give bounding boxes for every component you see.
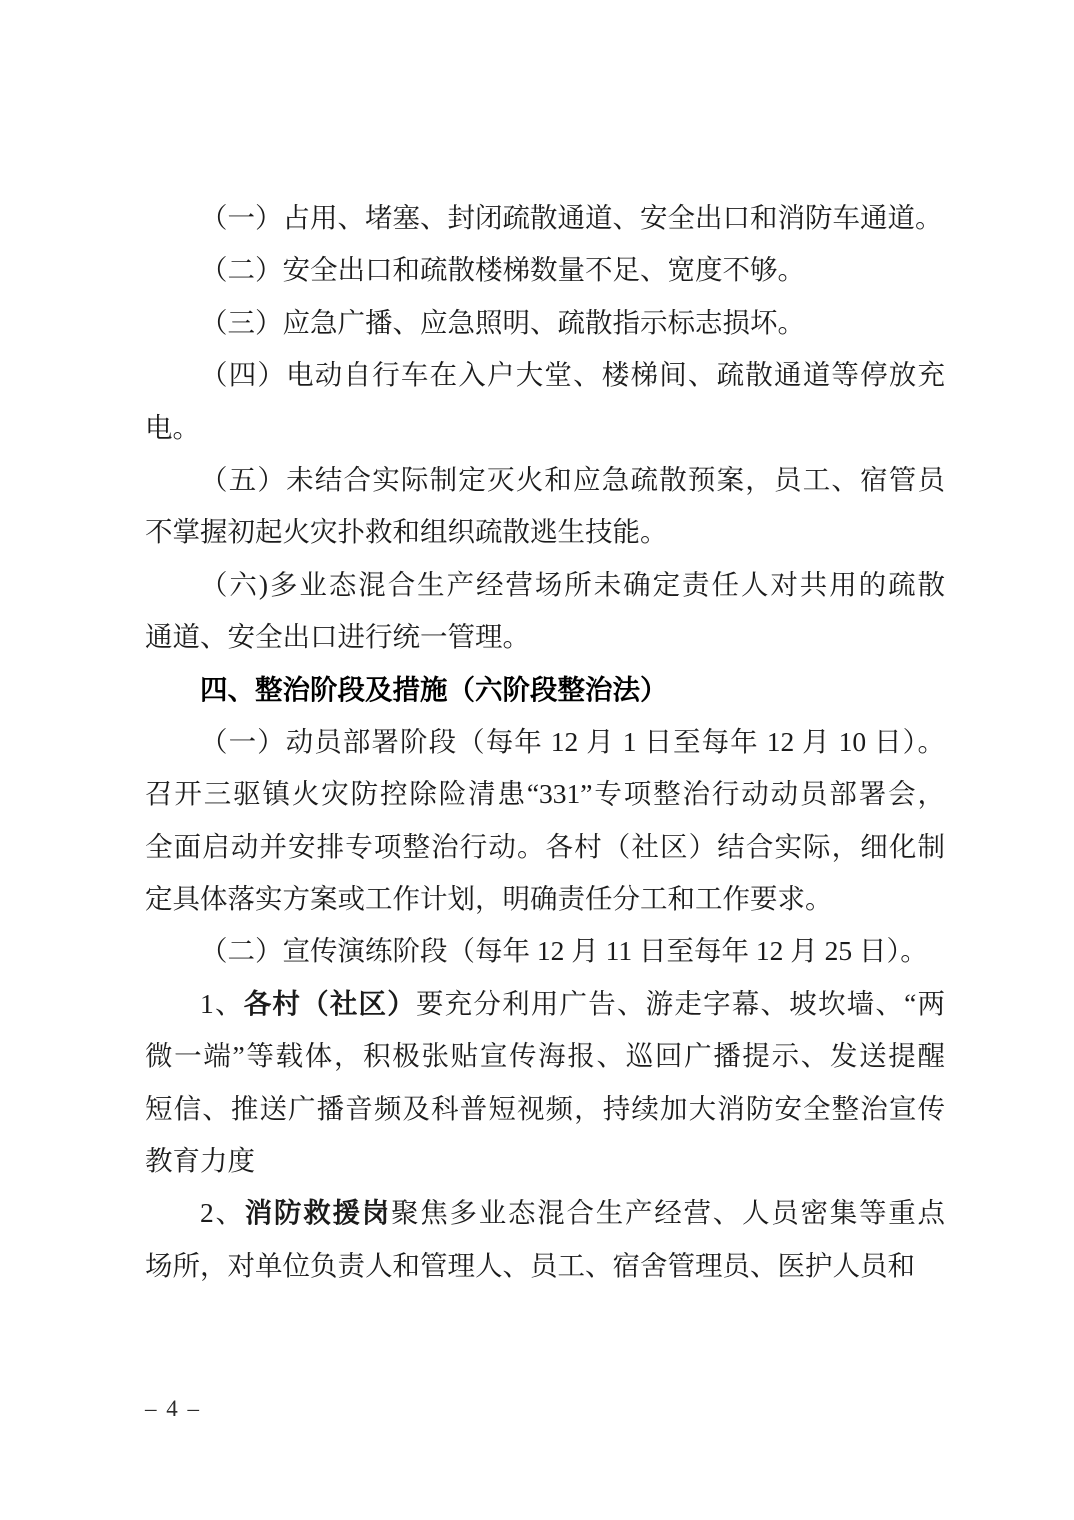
doc-line-19: 教育力度 xyxy=(145,1135,945,1187)
sub-item-2-continuation: 场所，对单位负责人和管理人、员工、宿舍管理员、医护人员和 xyxy=(145,1250,915,1281)
list-item-2-text: （二）安全出口和疏散楼梯数量不足、宽度不够。 xyxy=(200,254,805,285)
doc-line-06: （五）未结合实际制定灭火和应急疏散预案，员工、宿管员 xyxy=(145,454,945,506)
sub-item-1-continuation: 教育力度 xyxy=(145,1145,255,1176)
doc-line-12: 召开三驱镇火灾防控除险清患“331”专项整治行动动员部署会， xyxy=(145,768,945,820)
phase-1-body: 定具体落实方案或工作计划，明确责任分工和工作要求。 xyxy=(145,883,833,914)
doc-line-18: 短信、推送广播音频及科普短视频，持续加大消防安全整治宣传 xyxy=(145,1083,945,1135)
section-heading-text: 四、整治阶段及措施（六阶段整治法） xyxy=(200,674,668,705)
doc-line-17: 微一端”等载体，积极张贴宣传海报、巡回广播提示、发送提醒 xyxy=(145,1030,945,1082)
list-item-6-text: （六)多业态混合生产经营场所未确定责任人对共用的疏散 xyxy=(200,569,945,600)
doc-line-11: （一）动员部署阶段（每年 12 月 1 日至每年 12 月 10 日）。 xyxy=(145,716,945,768)
doc-line-21: 场所，对单位负责人和管理人、员工、宿舍管理员、医护人员和 xyxy=(145,1240,945,1292)
page-number: – 4 – xyxy=(145,1396,201,1422)
list-item-5-text: （五）未结合实际制定灭火和应急疏散预案，员工、宿管员 xyxy=(200,464,945,495)
doc-line-16: 1、各村（社区）要充分利用广告、游走字幕、坡坎墙、“两 xyxy=(145,978,945,1030)
sub-item-2-text: 聚焦多业态混合生产经营、人员密集等重点 xyxy=(391,1197,945,1228)
list-item-3-text: （三）应急广播、应急照明、疏散指示标志损坏。 xyxy=(200,307,805,338)
list-item-4-continuation: 电。 xyxy=(145,412,200,443)
doc-line-20: 2、消防救援岗聚焦多业态混合生产经营、人员密集等重点 xyxy=(145,1187,945,1239)
sub-item-1-continuation: 微一端”等载体，积极张贴宣传海报、巡回广播提示、发送提醒 xyxy=(145,1040,945,1071)
sub-item-1-text: 要充分利用广告、游走字幕、坡坎墙、“两 xyxy=(416,988,945,1019)
doc-line-14: 定具体落实方案或工作计划，明确责任分工和工作要求。 xyxy=(145,873,945,925)
doc-line-15: （二）宣传演练阶段（每年 12 月 11 日至每年 12 月 25 日）。 xyxy=(145,925,945,977)
list-item-6-continuation: 通道、安全出口进行统一管理。 xyxy=(145,621,530,652)
doc-line-09: 通道、安全出口进行统一管理。 xyxy=(145,611,945,663)
emphasis-fire-rescue-post: 消防救援岗 xyxy=(245,1197,391,1228)
phase-2-title: （二）宣传演练阶段（每年 12 月 11 日至每年 12 月 25 日）。 xyxy=(200,935,928,966)
doc-line-04: （四）电动自行车在入户大堂、楼梯间、疏散通道等停放充 xyxy=(145,349,945,401)
sub-item-1-continuation: 短信、推送广播音频及科普短视频，持续加大消防安全整治宣传 xyxy=(145,1093,945,1124)
doc-line-03: （三）应急广播、应急照明、疏散指示标志损坏。 xyxy=(145,297,945,349)
doc-line-01: （一）占用、堵塞、封闭疏散通道、安全出口和消防车通道。 xyxy=(145,192,945,244)
list-item-1-text: （一）占用、堵塞、封闭疏散通道、安全出口和消防车通道。 xyxy=(200,202,943,233)
document-body: （一）占用、堵塞、封闭疏散通道、安全出口和消防车通道。 （二）安全出口和疏散楼梯… xyxy=(145,192,945,1292)
sub-item-2-number: 2、 xyxy=(200,1197,245,1228)
section-heading: 四、整治阶段及措施（六阶段整治法） xyxy=(145,664,945,716)
phase-1-title: （一）动员部署阶段（每年 12 月 1 日至每年 12 月 10 日）。 xyxy=(200,726,945,757)
doc-line-13: 全面启动并安排专项整治行动。各村（社区）结合实际，细化制 xyxy=(145,821,945,873)
doc-line-07: 不掌握初起火灾扑救和组织疏散逃生技能。 xyxy=(145,506,945,558)
phase-1-body: 全面启动并安排专项整治行动。各村（社区）结合实际，细化制 xyxy=(145,831,945,862)
sub-item-1-number: 1、 xyxy=(200,988,244,1019)
list-item-4-text: （四）电动自行车在入户大堂、楼梯间、疏散通道等停放充 xyxy=(200,359,945,390)
doc-line-02: （二）安全出口和疏散楼梯数量不足、宽度不够。 xyxy=(145,244,945,296)
emphasis-villages-communities: 各村（社区） xyxy=(244,988,416,1019)
doc-line-05: 电。 xyxy=(145,402,945,454)
doc-line-08: （六)多业态混合生产经营场所未确定责任人对共用的疏散 xyxy=(145,559,945,611)
document-page: （一）占用、堵塞、封闭疏散通道、安全出口和消防车通道。 （二）安全出口和疏散楼梯… xyxy=(0,0,1074,1520)
list-item-5-continuation: 不掌握初起火灾扑救和组织疏散逃生技能。 xyxy=(145,516,668,547)
phase-1-body: 召开三驱镇火灾防控除险清患“331”专项整治行动动员部署会， xyxy=(145,778,945,809)
